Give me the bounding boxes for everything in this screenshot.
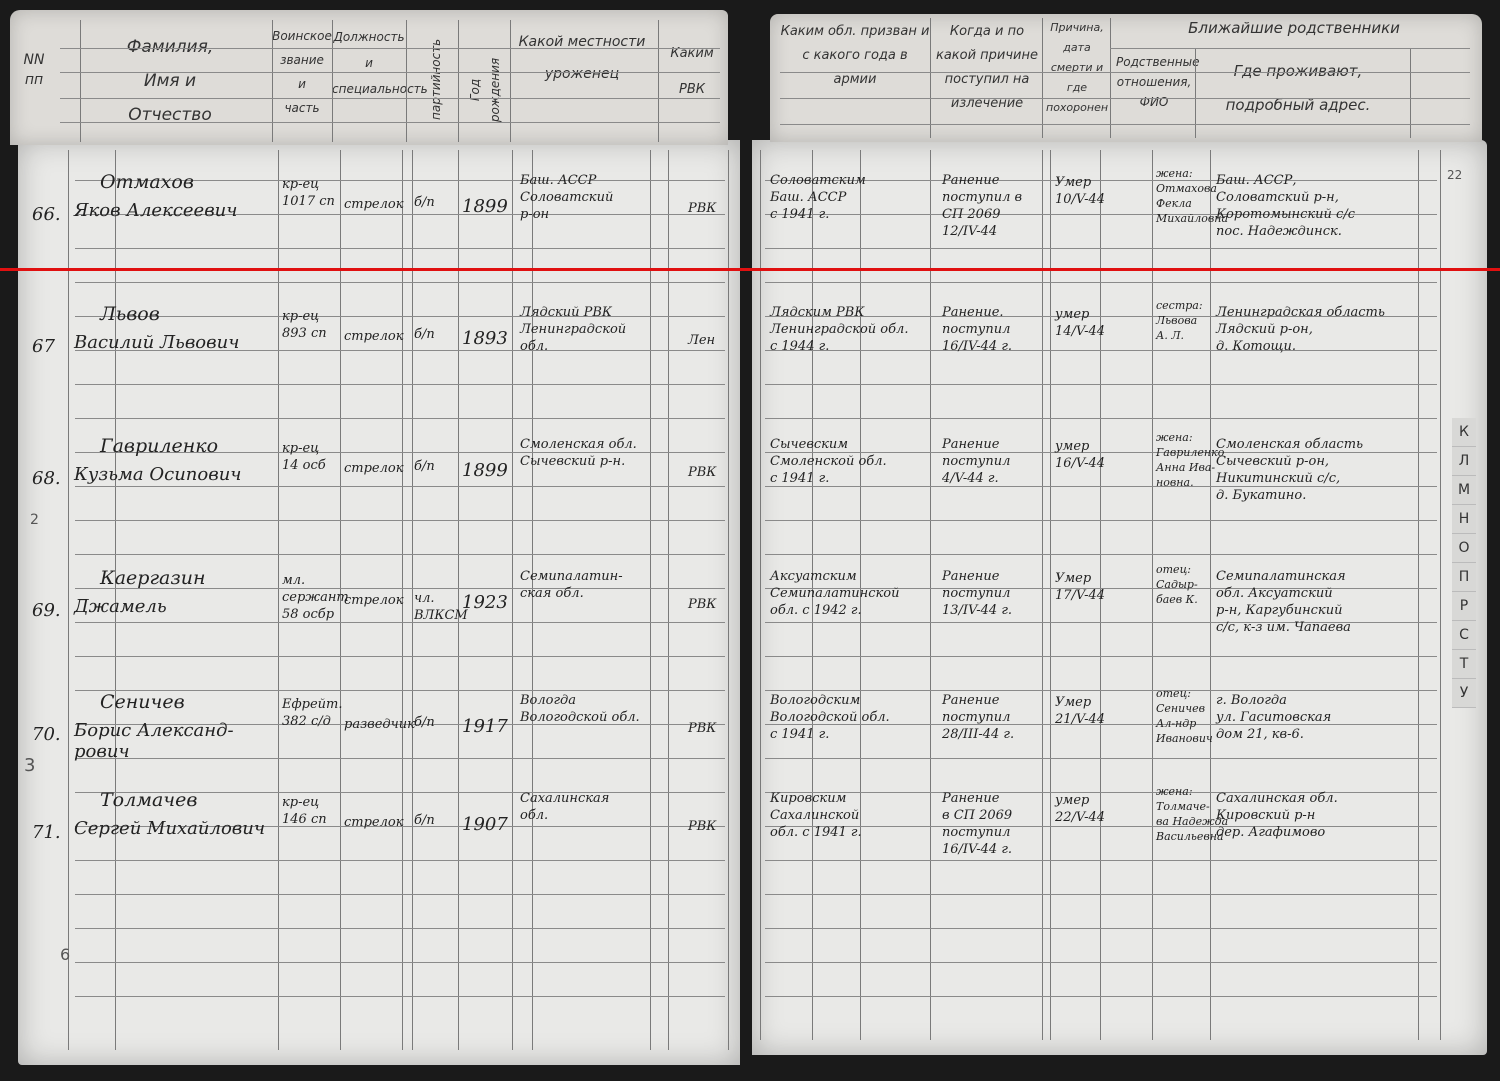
given-names: Сергей Михайлович [74,818,265,839]
admission: Ранение поступил 4/V-44 г. [942,436,1010,487]
header-party: партийность [426,40,446,120]
header-when-why: Когда и по какой причине поступил на изл… [932,20,1042,116]
called-from: Лядским РВК Ленинградской обл. с 1944 г. [770,304,908,355]
position: разведчик [344,716,415,733]
alphabet-index-tabs: КЛМНОПРСТУ [1452,418,1476,708]
right-column-headers: Каким обл. призван и с какого года в арм… [770,14,1482,142]
record-number: 70. [32,724,61,745]
margin-mark: 6 [60,945,70,964]
record-number: 71. [32,822,61,843]
header-native-place: Какой местности уроженец [512,26,652,90]
rank-unit: мл. сержант 58 осбр [282,572,349,623]
party: б/п [414,812,435,829]
relative-address: Семипалатинская обл. Аксуатский р-н, Кар… [1216,568,1351,636]
relative-address: Ленинградская область Лядский р-он, д. К… [1216,304,1385,355]
birth-year: 1907 [462,814,508,835]
rank-unit: кр-ец 893 сп [282,308,327,342]
birth-year: 1923 [462,592,508,613]
surname: Каергазин [100,568,205,589]
index-tab-Л[interactable]: Л [1452,447,1476,476]
party: чл. ВЛКСМ [414,590,468,624]
admission: Ранение поступил 28/III-44 г. [942,692,1014,743]
index-tab-М[interactable]: М [1452,476,1476,505]
header-called: Каким обл. призван и с какого года в арм… [780,20,930,92]
surname: Отмахов [100,172,194,193]
native-place: Семипалатин- ская обл. [520,568,623,602]
called-from: Соловатским Баш. АССР с 1941 г. [770,172,866,223]
page-number: 22 [1447,168,1462,182]
rvk: РВК [688,200,716,217]
rank-unit: Ефрейт. 382 с/д [282,696,343,730]
relative-name: сестра: Львова А. Л. [1156,298,1203,343]
highlight-rule [0,268,1500,271]
header-position: Должность и специальность [332,24,406,102]
native-place: Смоленская обл. Сычевский р-н. [520,436,637,470]
record-number: 68. [32,468,61,489]
death-date: Умер 17/V-44 [1055,570,1105,604]
record-number: 67 [32,336,55,357]
rank-unit: кр-ец 146 сп [282,794,327,828]
rvk: РВК [688,720,716,737]
margin-mark: 2 [30,512,39,528]
birth-year: 1917 [462,716,508,737]
surname: Сеничев [100,692,185,713]
surname: Львов [100,304,160,325]
surname: Толмачев [100,790,197,811]
position: стрелок [344,328,404,345]
called-from: Сычевским Смоленской обл. с 1941 г. [770,436,887,487]
record-number: 69. [32,600,61,621]
native-place: Сахалинская обл. [520,790,609,824]
called-from: Кировским Сахалинской обл. с 1941 г. [770,790,862,841]
header-relatives: Ближайшие родственники [1114,18,1474,38]
index-tab-Н[interactable]: Н [1452,505,1476,534]
index-tab-Р[interactable]: Р [1452,592,1476,621]
death-date: Умер 21/V-44 [1055,694,1105,728]
given-names: Кузьма Осипович [74,464,242,485]
index-tab-О[interactable]: О [1452,534,1476,563]
index-tab-Т[interactable]: Т [1452,650,1476,679]
header-nn: NN пп [14,50,54,90]
birth-year: 1899 [462,460,508,481]
relative-address: Баш. АССР, Соловатский р-н, Коротомынски… [1216,172,1355,240]
rvk: РВК [688,464,716,481]
party: б/п [414,458,435,475]
given-names: Джамель [74,596,167,617]
margin-mark: 3 [24,755,35,776]
native-place: Баш. АССР Соловатский р-он [520,172,613,223]
left-column-headers: NN пп Фамилия, Имя и Отчество Воинское з… [10,10,728,145]
header-name: Фамилия, Имя и Отчество [70,30,270,132]
rvk: Лен [688,332,715,349]
birth-year: 1899 [462,196,508,217]
relative-name: отец: Садыр- баев К. [1156,562,1198,607]
rank-unit: кр-ец 14 осб [282,440,326,474]
relative-address: г. Вологда ул. Гаситовская дом 21, кв-6. [1216,692,1331,743]
position: стрелок [344,592,404,609]
header-relation: Родственные отношения, ФИО [1116,52,1192,112]
relative-address: Сахалинская обл. Кировский р-н дер. Агаф… [1216,790,1338,841]
death-date: умер 22/V-44 [1055,792,1105,826]
birth-year: 1893 [462,328,508,349]
relative-name: жена: Гавриленко Анна Ива- новна. [1156,430,1224,490]
admission: Ранение. поступил 16/IV-44 г. [942,304,1012,355]
party: б/п [414,326,435,343]
death-date: Умер 10/V-44 [1055,174,1105,208]
surname: Гавриленко [100,436,218,457]
position: стрелок [344,196,404,213]
given-names: Борис Александ- рович [74,720,234,762]
party: б/п [414,194,435,211]
admission: Ранение поступил 13/IV-44 г. [942,568,1012,619]
relative-name: отец: Сеничев Ал-ндр Иванович [1156,686,1213,746]
rank-unit: кр-ец 1017 сп [282,176,335,210]
position: стрелок [344,814,404,831]
record-number: 66. [32,204,61,225]
native-place: Лядский РВК Ленинградской обл. [520,304,626,355]
party: б/п [414,714,435,731]
index-tab-П[interactable]: П [1452,563,1476,592]
header-address: Где проживают, подробный адрес. [1198,54,1398,122]
relative-address: Смоленская область Сычевский р-он, Никит… [1216,436,1363,504]
index-tab-У[interactable]: У [1452,679,1476,708]
called-from: Вологодским Вологодской обл. с 1941 г. [770,692,890,743]
death-date: умер 16/V-44 [1055,438,1105,472]
given-names: Василий Львович [74,332,239,353]
rvk: РВК [688,596,716,613]
index-tab-К[interactable]: К [1452,418,1476,447]
position: стрелок [344,460,404,477]
rvk: РВК [688,818,716,835]
index-tab-С[interactable]: С [1452,621,1476,650]
header-death: Причина, дата смерти и где похоронен [1046,18,1108,118]
given-names: Яков Алексеевич [74,200,237,221]
admission: Ранение поступил в СП 2069 12/IV-44 [942,172,1022,240]
admission: Ранение в СП 2069 поступил 16/IV-44 г. [942,790,1012,858]
death-date: умер 14/V-44 [1055,306,1105,340]
native-place: Вологда Вологодской обл. [520,692,640,726]
called-from: Аксуатским Семипалатинской обл. с 1942 г… [770,568,899,619]
